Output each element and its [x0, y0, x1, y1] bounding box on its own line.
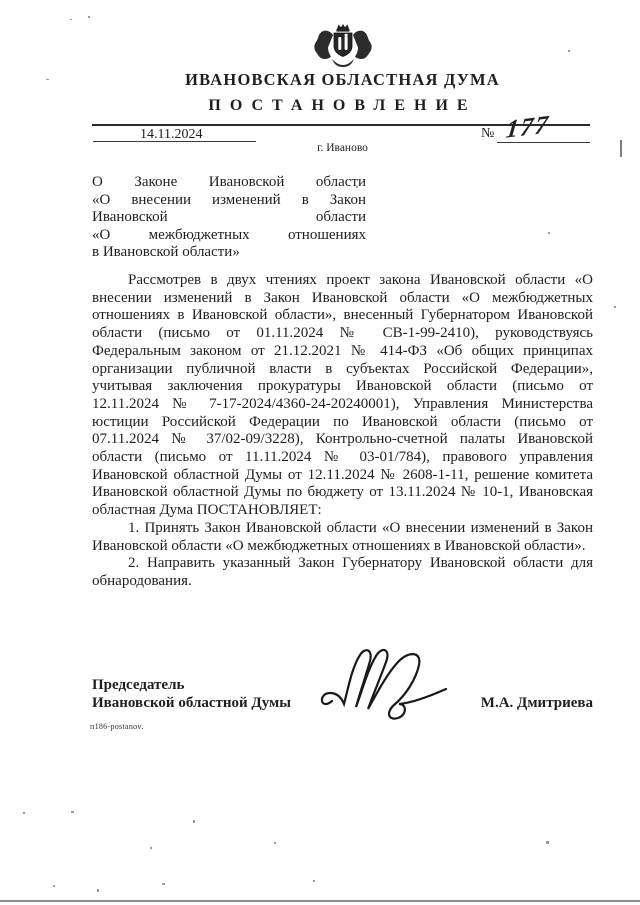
- handwritten-signature: [318, 641, 463, 728]
- scan-noise-dot: [356, 186, 358, 188]
- signatory-position: Председатель Ивановской областной Думы: [92, 676, 291, 712]
- scan-noise-dot: [46, 79, 49, 80]
- title-line: Ивановской области: [92, 209, 366, 227]
- scan-noise-dot: [274, 842, 276, 844]
- title-line: в Ивановской области»: [92, 244, 366, 262]
- title-line: «О внесении изменений в Закон: [92, 192, 366, 210]
- title-line: О Законе Ивановской области: [92, 174, 366, 192]
- body-item-2: 2. Направить указанный Закон Губернатору…: [92, 555, 593, 590]
- title-line: «О межбюджетных отношениях: [92, 227, 366, 245]
- scan-noise-dot: [71, 811, 74, 813]
- doc-title: О Законе Ивановской области «О внесении …: [92, 174, 366, 262]
- scanned-document-page: ИВАНОВСКАЯ ОБЛАСТНАЯ ДУМА ПОСТАНОВЛЕНИЕ …: [0, 0, 640, 905]
- scan-artifact-line: [620, 140, 622, 157]
- doc-body: Рассмотрев в двух чтениях проект закона …: [92, 272, 593, 591]
- scan-noise-dot: [313, 880, 315, 882]
- org-name: ИВАНОВСКАЯ ОБЛАСТНАЯ ДУМА: [92, 70, 593, 90]
- signatory-position-line2: Ивановской областной Думы: [92, 694, 291, 712]
- scan-noise-dot: [614, 306, 616, 308]
- file-reference-note: п186-postanov.: [90, 722, 144, 731]
- signatory-position-line1: Председатель: [92, 676, 291, 694]
- scan-noise-dot: [546, 841, 549, 844]
- body-item-1: 1. Принять Закон Ивановской области «О в…: [92, 520, 593, 555]
- scan-noise-dot: [23, 812, 25, 814]
- coat-of-arms: [92, 22, 593, 75]
- scan-noise-dot: [162, 883, 165, 885]
- scan-noise-dot: [97, 889, 99, 892]
- scan-noise-dot: [568, 50, 570, 52]
- scan-noise-dot: [150, 847, 152, 849]
- scan-noise-dot: [548, 232, 550, 234]
- handwritten-number: 177: [504, 111, 551, 145]
- signatory-name: М.А. Дмитриева: [440, 695, 593, 712]
- body-paragraph: Рассмотрев в двух чтениях проект закона …: [92, 272, 593, 520]
- number-sign: №: [481, 126, 494, 142]
- scan-noise-dot: [88, 16, 90, 18]
- scan-edge-line: [0, 900, 640, 902]
- doc-type-title: ПОСТАНОВЛЕНИЕ: [92, 97, 593, 115]
- scan-noise-dot: [53, 885, 55, 887]
- city-label: г. Иваново: [92, 142, 593, 154]
- scan-noise-dot: [70, 19, 72, 20]
- scan-noise-dot: [193, 820, 195, 823]
